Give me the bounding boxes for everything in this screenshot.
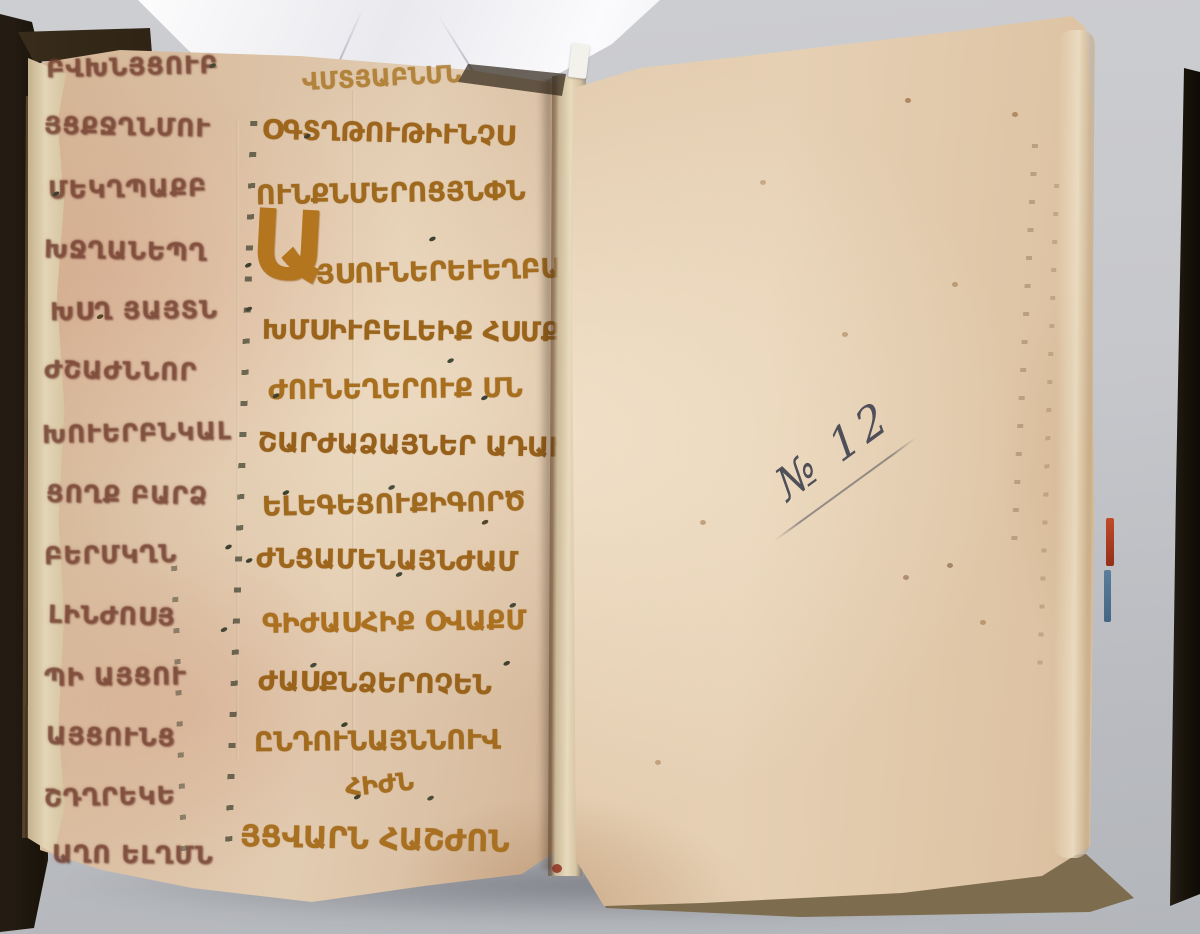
manuscript-text-line: ԺՇԱԺՆՆՈՐ (44, 355, 198, 387)
manuscript-text-line: ՑՈՂՔ ԲԱՐՁ (46, 479, 209, 510)
white-tag (568, 43, 590, 79)
manuscript-text-line: ՅՑՎԱՐՆ ՀԱՇԺՈՆ (240, 819, 510, 860)
manuscript-text-line: ԺԱՍՔՆՁԵՐՈՉԵՆ (258, 666, 492, 701)
manuscript-text-line: ԼԻՆԺՈՍՅ (48, 599, 176, 631)
manuscript-text-line: ԺՈՒՆԵՂԵՐՈՒՔ ՄՆ (268, 373, 523, 406)
manuscript-text-line: ԺՆՑԱՄԵՆԱՅՆԺԱՄ (256, 543, 519, 578)
stain-speck-cluster (905, 98, 911, 103)
red-wax-spot (552, 864, 562, 873)
right-page-fore-edge-rim (1053, 30, 1095, 858)
manuscript-text-line: ԽՄՍԻՒԲԵԼԵԻՔ ՀՍՄՔ (262, 315, 560, 349)
manuscript-text-line: ԵԼԵԳԵՑՈՒՔԻԳՈՐԾ (262, 486, 526, 523)
manuscript-text-line: ԽՋՂԱՆԵՊՂ (44, 234, 208, 266)
manuscript-text-line: ԱՅՑՈՒՆՑ (46, 721, 176, 752)
bookmark-blue (1104, 570, 1111, 622)
manuscript-text-line: ԱՂՈ ԵԼՂՄՆ (52, 839, 214, 870)
manuscript-text-line: ԲԵՐՄԿՂՆ (44, 539, 178, 570)
manuscript-text-line: ԲՎԽՆՅՑՈՒԲ (46, 50, 219, 84)
manuscript-text-line: ԳԻԺԱՍՀԻՔ ՕՎԱՔՄ (262, 605, 527, 640)
bookmark-red (1106, 518, 1114, 566)
manuscript-text-line: ՕԳՏՂԹՈՒԹԻՒՆՉՍ (262, 115, 516, 153)
manuscript-text-line: ԸՆԴՈՒՆԱՅՆՆՈՒՎ (254, 725, 501, 759)
manuscript-photo: ԲՎԽՆՅՑՈՒԲ ՅՑՔՋՂՆՄՈՒ ՄԵԿՂՊԱՔԲ ԽՋՂԱՆԵՊՂ ԽՍ… (0, 0, 1200, 934)
manuscript-text-line: ՄԵԿՂՊԱՔԲ (48, 173, 208, 205)
manuscript-text-line: ՅՑՔՋՂՆՄՈՒ (44, 111, 211, 143)
manuscript-text-line: ՇԱՐԺԱՁԱՅՆԵՐ ԱԴԱՒ (258, 427, 565, 463)
manuscript-text-line: ԽՍՂ ՅԱՅՏՆ (50, 295, 218, 326)
manuscript-text-line: ՇԴՂՐԵԿԵ (44, 781, 176, 813)
manuscript-text-line: ԽՈՒԵՐԲՆԿԱԼ (42, 416, 232, 449)
manuscript-text-line: ՊԻ ԱՅՑՈՒ (44, 661, 187, 691)
